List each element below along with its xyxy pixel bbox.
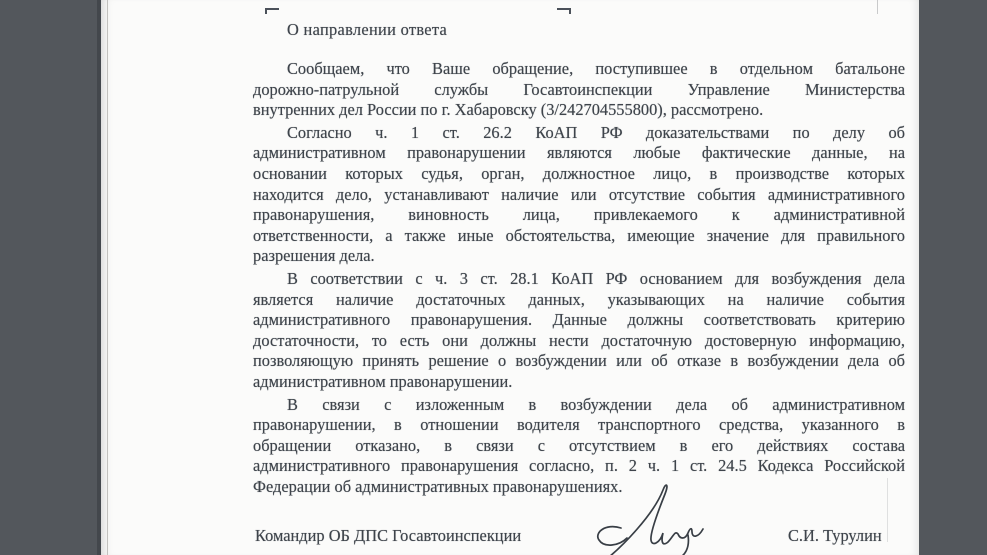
document-line: находится дело, устанавливают наличие ил… <box>253 185 905 206</box>
signer-position-title: Командир ОБ ДПС Госавтоинспекции <box>255 526 521 546</box>
page-edge-line <box>107 0 108 555</box>
document-line: достаточности, то есть они должны нести … <box>253 331 905 352</box>
paragraph: Сообщаем, что Ваше обращение, поступивше… <box>253 59 905 121</box>
paragraph: Согласно ч. 1 ст. 26.2 КоАП РФ доказател… <box>253 123 905 267</box>
document-line: административном правонарушении являются… <box>253 143 905 164</box>
document-line: позволяющую принять решение о возбуждени… <box>253 351 905 372</box>
document-line: административного правонарушения. Данные… <box>253 310 905 331</box>
scanned-letter-view: О направлении ответа Сообщаем, что Ваше … <box>0 0 987 555</box>
document-line: правонарушения, виновность лица, привлек… <box>253 205 905 226</box>
document-line: основании которых судья, орган, должност… <box>253 164 905 185</box>
document-body: Сообщаем, что Ваше обращение, поступивше… <box>253 59 905 499</box>
document-line: Согласно ч. 1 ст. 26.2 КоАП РФ доказател… <box>253 123 905 144</box>
signer-name: С.И. Турулин <box>788 526 882 546</box>
address-corner-mark-right <box>557 8 571 14</box>
scan-fold-artifact <box>877 0 878 14</box>
document-page: О направлении ответа Сообщаем, что Ваше … <box>101 0 919 555</box>
document-line: В связи с изложенным в возбуждении дела … <box>253 395 905 416</box>
paragraph: В соответствии с ч. 3 ст. 28.1 КоАП РФ о… <box>253 269 905 393</box>
document-line: разрешения дела. <box>253 246 905 267</box>
document-line: дорожно-патрульной службы Госавтоинспекц… <box>253 80 905 101</box>
document-subject: О направлении ответа <box>287 20 447 40</box>
document-line: правонарушении, в отношении водителя тра… <box>253 415 905 436</box>
document-line: внутренних дел России по г. Хабаровску (… <box>253 100 905 121</box>
document-line: обращении отказано, в связи с отсутствие… <box>253 436 905 457</box>
handwritten-signature-icon <box>591 478 706 555</box>
address-corner-mark-left <box>265 8 279 14</box>
document-line: Федерации об административных правонаруш… <box>253 477 905 498</box>
document-line: Сообщаем, что Ваше обращение, поступивше… <box>253 59 905 80</box>
paragraph: В связи с изложенным в возбуждении дела … <box>253 395 905 498</box>
document-line: В соответствии с ч. 3 ст. 28.1 КоАП РФ о… <box>253 269 905 290</box>
document-line: административного правонарушения согласн… <box>253 456 905 477</box>
document-line: ответственности, а также иные обстоятель… <box>253 226 905 247</box>
document-line: административном правонарушении. <box>253 372 905 393</box>
document-line: является наличие достаточных данных, ука… <box>253 290 905 311</box>
